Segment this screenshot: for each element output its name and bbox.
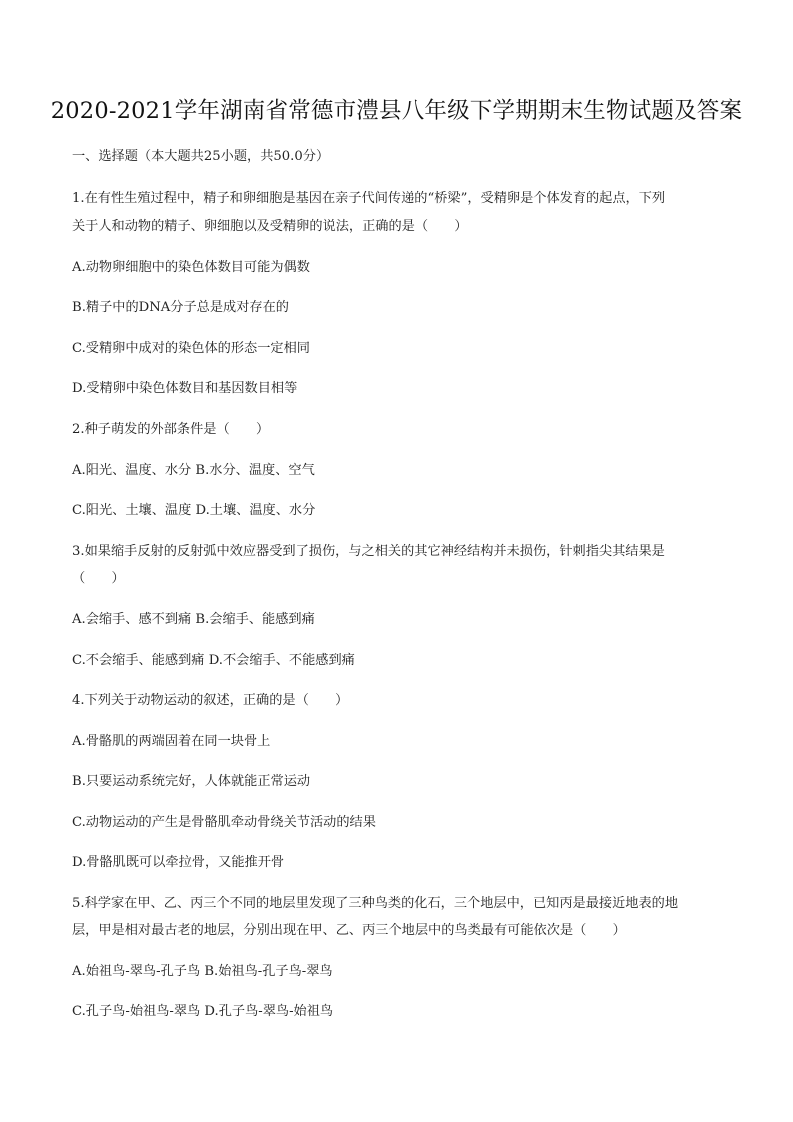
question-5-stem-line-1: 5.科学家在甲、乙、丙三个不同的地层里发现了三种鸟类的化石，三个地层中，已知丙是…	[72, 895, 678, 913]
question-2-stem: 2.种子萌发的外部条件是（ ）	[72, 421, 269, 439]
question-3-options-cd: C.不会缩手、能感到痛 D.不会缩手、不能感到痛	[72, 652, 355, 670]
question-4-option-c: C.动物运动的产生是骨骼肌牵动骨绕关节活动的结果	[72, 814, 376, 832]
document-title: 2020-2021学年湖南省常德市澧县八年级下学期期末生物试题及答案	[0, 96, 793, 126]
question-5-options-ab: A.始祖鸟-翠鸟-孔子鸟 B.始祖鸟-孔子鸟-翠鸟	[72, 963, 333, 981]
question-3-stem-line-1: 3.如果缩手反射的反射弧中效应器受到了损伤，与之相关的其它神经结构并未损伤，针刺…	[72, 543, 665, 561]
question-1-option-a: A.动物卵细胞中的染色体数目可能为偶数	[72, 259, 310, 277]
question-4-option-d: D.骨骼肌既可以牵拉骨，又能推开骨	[72, 854, 284, 872]
question-1-stem-line-2: 关于人和动物的精子、卵细胞以及受精卵的说法，正确的是（ ）	[72, 218, 468, 236]
question-5-stem-line-2: 层，甲是相对最古老的地层，分别出现在甲、乙、丙三个地层中的鸟类最有可能依次是（ …	[72, 922, 626, 940]
question-1-option-b: B.精子中的DNA分子总是成对存在的	[72, 299, 289, 317]
question-4-option-b: B.只要运动系统完好，人体就能正常运动	[72, 773, 310, 791]
question-4-option-a: A.骨骼肌的两端固着在同一块骨上	[72, 733, 270, 751]
question-3-stem-line-2: （ ）	[72, 570, 125, 588]
question-1-option-d: D.受精卵中染色体数目和基因数目相等	[72, 380, 297, 398]
question-2-options-cd: C.阳光、土壤、温度 D.土壤、温度、水分	[72, 502, 315, 520]
question-3-options-ab: A.会缩手、感不到痛 B.会缩手、能感到痛	[72, 611, 315, 629]
question-4-stem: 4.下列关于动物运动的叙述，正确的是（ ）	[72, 692, 348, 710]
section-heading: 一、选择题（本大题共25小题，共50.0分）	[72, 148, 329, 166]
question-5-options-cd: C.孔子鸟-始祖鸟-翠鸟 D.孔子鸟-翠鸟-始祖鸟	[72, 1003, 333, 1021]
question-2-options-ab: A.阳光、温度、水分 B.水分、温度、空气	[72, 462, 315, 480]
question-1-stem-line-1: 1.在有性生殖过程中，精子和卵细胞是基因在亲子代间传递的“桥梁”，受精卵是个体发…	[72, 190, 665, 208]
question-1-option-c: C.受精卵中成对的染色体的形态一定相同	[72, 340, 310, 358]
